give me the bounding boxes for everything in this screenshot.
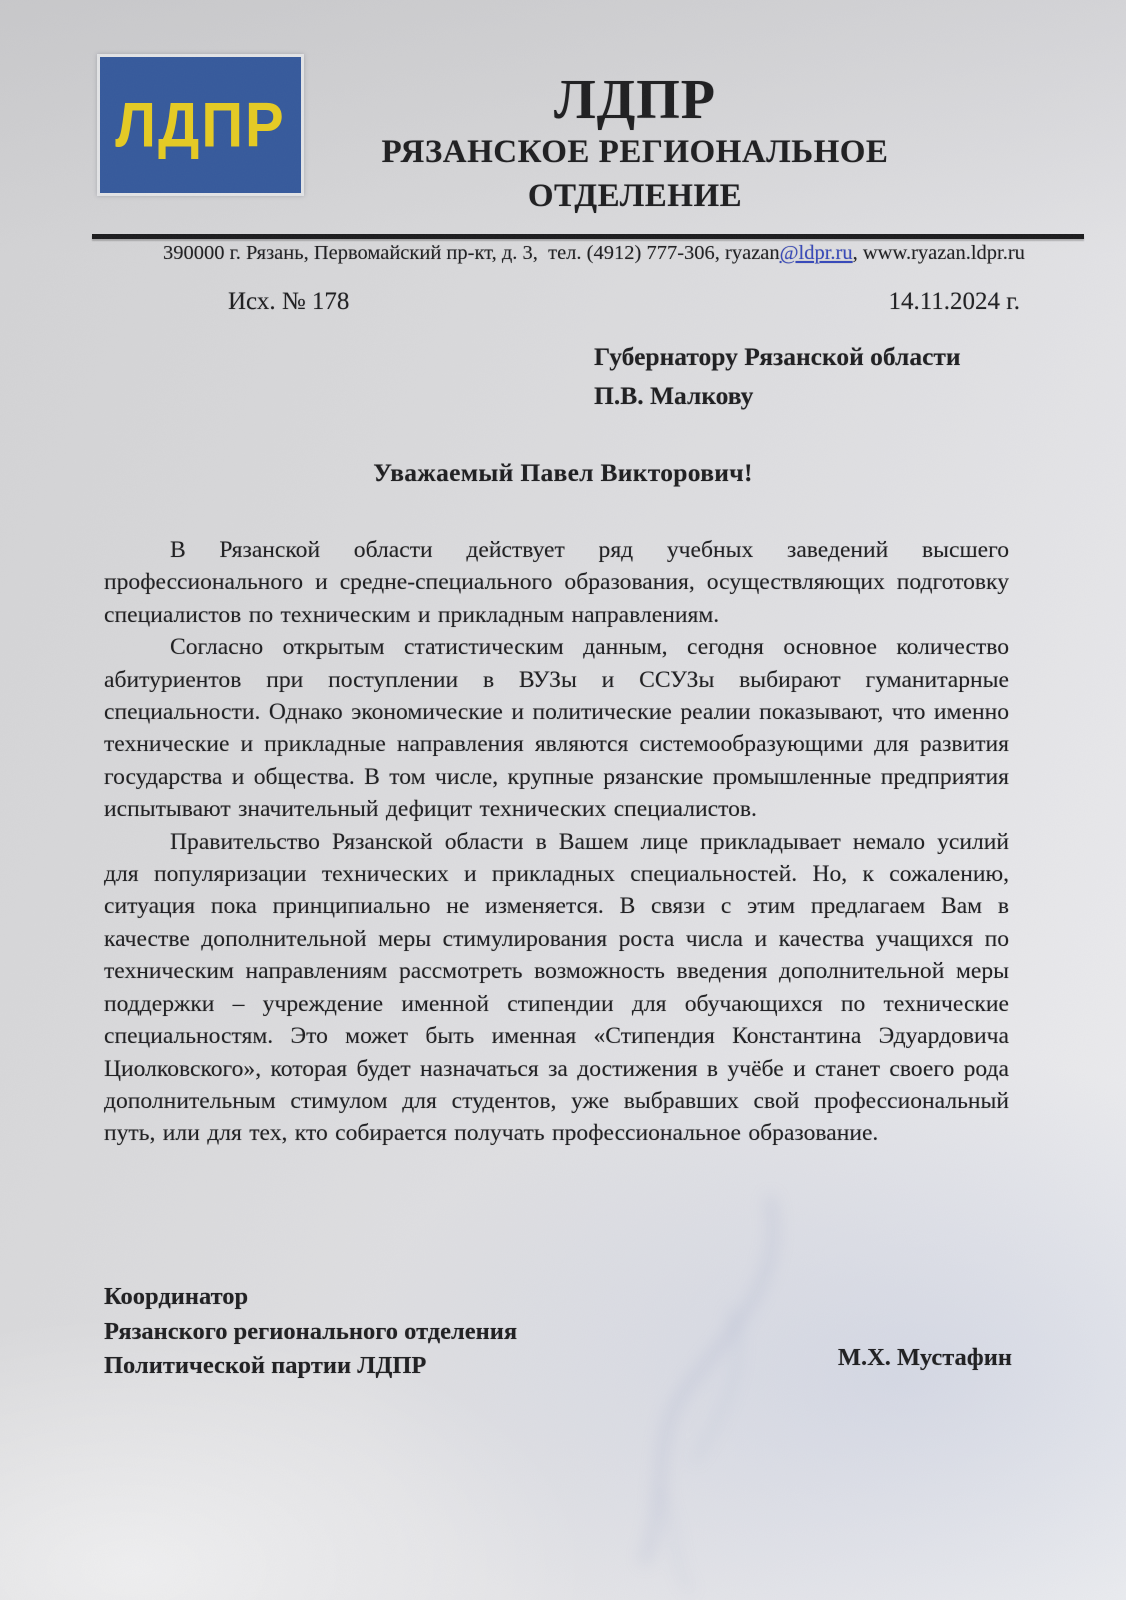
org-subtitle-line1: РЯЗАНСКОЕ РЕГИОНАЛЬНОЕ [300,130,970,174]
signature-position-block: Координатор Рязанского регионального отд… [104,1280,517,1384]
body-paragraph: Правительство Рязанской области в Вашем … [104,826,1009,1150]
letter-body: В Рязанской области действует ряд учебны… [104,534,1009,1150]
outgoing-number: Исх. № 178 [228,288,349,316]
recipient-block: Губернатору Рязанской области П.В. Малко… [594,337,961,415]
recipient-title: Губернатору Рязанской области [594,337,961,376]
signature-position-line3: Политической партии ЛДПР [104,1349,517,1384]
scanned-letter-page: ЛДПР ЛДПР РЯЗАНСКОЕ РЕГИОНАЛЬНОЕ ОТДЕЛЕН… [0,0,1126,1600]
signature-position-line2: Рязанского регионального отделения [104,1315,517,1350]
salutation: Уважаемый Павел Викторович! [0,458,1126,488]
signature-position-line1: Координатор [104,1280,517,1315]
org-subtitle-line2: ОТДЕЛЕНИЕ [300,174,970,218]
address-website: , www.ryazan.ldpr.ru [853,242,1025,264]
ldpr-logo: ЛДПР [97,54,304,196]
letter-date: 14.11.2024 г. [888,288,1020,316]
ldpr-logo-text: ЛДПР [115,89,285,161]
signature-name: М.Х. Мустафин [838,1344,1012,1372]
letterhead-address: 390000 г. Рязань, Первомайский пр-кт, д.… [92,242,1096,265]
address-text: 390000 г. Рязань, Первомайский пр-кт, д.… [163,242,780,264]
recipient-name: П.В. Малкову [594,376,961,415]
ink-smudge-shadow [520,1160,940,1600]
address-email-link: @ldpr.ru [780,242,853,264]
body-paragraph: Согласно открытым статистическим данным,… [104,631,1009,825]
letterhead: ЛДПР РЯЗАНСКОЕ РЕГИОНАЛЬНОЕ ОТДЕЛЕНИЕ [300,70,970,218]
org-title: ЛДПР [300,70,970,130]
header-divider [92,234,1084,239]
body-paragraph: В Рязанской области действует ряд учебны… [104,534,1009,631]
